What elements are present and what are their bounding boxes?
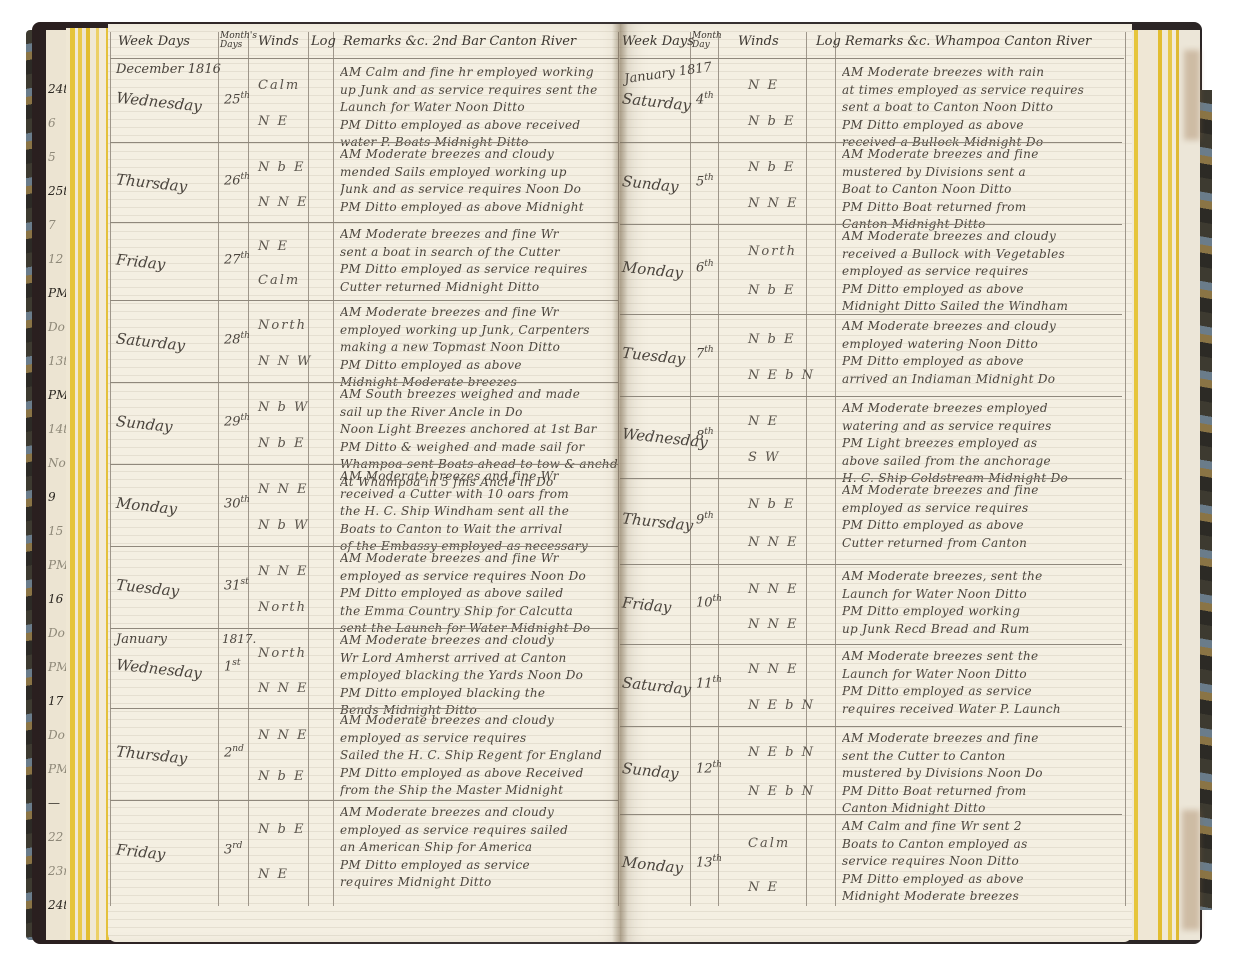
- remarks-line: employed as service requires: [340, 730, 618, 748]
- wind-am: N N E: [258, 482, 309, 497]
- wind-pm: N b E: [258, 769, 305, 784]
- week-day: Friday: [115, 840, 166, 863]
- remarks-line: Boats to Canton employed as: [842, 836, 1124, 854]
- remarks-line: AM Moderate breezes and cloudy: [842, 228, 1124, 246]
- wind-am: N b E: [748, 497, 795, 512]
- wind-am: N b E: [258, 160, 305, 175]
- entry-divider: [620, 564, 1122, 565]
- month-day-number: 10: [696, 595, 713, 610]
- month-day-suffix: rd: [232, 841, 242, 851]
- week-day: Tuesday: [621, 344, 686, 369]
- month-day: 12th: [696, 760, 722, 776]
- week-day: Saturday: [621, 673, 692, 698]
- remarks-line: employed working up Junk, Carpenters: [340, 322, 618, 340]
- remarks-line: PM Ditto & weighed and made sail for: [340, 439, 618, 457]
- remarks-line: Noon Light Breezes anchored at 1st Bar: [340, 421, 618, 439]
- wind-am: N N E: [748, 582, 799, 597]
- remarks-line: sail up the River Ancle in Do: [340, 404, 618, 422]
- month-day-suffix: th: [241, 495, 250, 505]
- month-day-number: 26: [224, 173, 241, 188]
- month-day: 3rd: [224, 841, 242, 857]
- remarks-line: AM Moderate breezes and fine Wr: [340, 304, 618, 322]
- remarks-line: Midnight Ditto Sailed the Windham: [842, 298, 1124, 316]
- month-day-suffix: th: [704, 173, 713, 183]
- month-day: 11th: [696, 675, 722, 691]
- remarks-line: employed as service requires: [842, 263, 1124, 281]
- remarks-line: Sailed the H. C. Ship Regent for England: [340, 747, 618, 765]
- header-winds: Winds: [738, 34, 779, 49]
- wind-pm: N b E: [748, 114, 795, 129]
- wind-am: Calm: [258, 78, 300, 93]
- week-day: Monday: [621, 258, 684, 282]
- month-day: 6th: [696, 259, 714, 275]
- wind-pm: N N E: [258, 681, 309, 696]
- wind-pm: N E: [258, 867, 289, 882]
- month-day-suffix: th: [704, 427, 713, 437]
- entry-divider: [110, 222, 618, 223]
- header-week-days: Week Days: [118, 34, 190, 49]
- month-day-suffix: th: [241, 251, 250, 261]
- remarks-line: PM Ditto employed as above: [842, 353, 1124, 371]
- remarks-entry: AM Calm and fine Wr sent 2Boats to Canto…: [842, 818, 1124, 906]
- wind-pm: N b E: [748, 283, 795, 298]
- month-day-number: 29: [224, 414, 241, 429]
- month-day: 25th: [224, 91, 250, 107]
- remarks-entry: AM Moderate breezes and finesent the Cut…: [842, 730, 1124, 818]
- month-day-suffix: st: [232, 658, 240, 668]
- remarks-line: PM Ditto employed as above: [842, 281, 1124, 299]
- remarks-line: sent a boat to Canton Noon Ditto: [842, 99, 1124, 117]
- remarks-line: Junk and as service requires Noon Do: [340, 181, 618, 199]
- wind-pm: N N E: [748, 196, 799, 211]
- remarks-entry: AM Moderate breezes and cloudyemployed a…: [340, 804, 618, 892]
- header-log: Log: [311, 34, 336, 49]
- remarks-line: Cutter returned from Canton: [842, 535, 1124, 553]
- remarks-line: Launch for Water Noon Ditto: [842, 586, 1124, 604]
- page-edges-left: [66, 28, 112, 940]
- month-day-number: 13: [696, 855, 713, 870]
- wind-am: N E: [748, 414, 779, 429]
- entry-divider: [620, 224, 1122, 225]
- remarks-line: employed blacking the Yards Noon Do: [340, 667, 618, 685]
- week-day: Friday: [115, 250, 166, 273]
- remarks-line: AM Moderate breezes and fine: [842, 730, 1124, 748]
- remarks-line: AM Moderate breezes and cloudy: [340, 632, 618, 650]
- month-day-number: 31: [224, 578, 241, 593]
- entry-divider: [620, 314, 1122, 315]
- wind-pm: S W: [748, 450, 780, 465]
- wind-am: N b E: [258, 822, 305, 837]
- remarks-entry: AM Moderate breezes and cloudymended Sai…: [340, 146, 618, 216]
- remarks-line: AM Moderate breezes employed: [842, 400, 1124, 418]
- header-remarks: Remarks &c. 2nd Bar Canton River: [343, 34, 576, 49]
- remarks-line: service requires Noon Ditto: [842, 853, 1124, 871]
- month-day-suffix: th: [704, 259, 713, 269]
- month-day: 8th: [696, 427, 714, 443]
- entry-divider: [110, 464, 618, 465]
- remarks-line: AM Moderate breezes and fine Wr: [340, 226, 618, 244]
- remarks-line: AM Calm and fine hr employed working: [340, 64, 618, 82]
- entry-divider: [620, 726, 1122, 727]
- margin-note: Do: [48, 728, 65, 742]
- remarks-line: AM Moderate breezes and fine Wr: [340, 550, 618, 568]
- wind-pm: N E: [748, 880, 779, 895]
- remarks-entry: AM Moderate breezes and fine Wrsent a bo…: [340, 226, 618, 296]
- wind-pm: N N E: [258, 195, 309, 210]
- month-label: January 1817: [623, 60, 712, 87]
- remarks-line: the Emma Country Ship for Calcutta: [340, 603, 618, 621]
- week-day: Tuesday: [115, 576, 180, 601]
- month-day-number: 25: [224, 92, 241, 107]
- remarks-line: up Junk Recd Bread and Rum: [842, 621, 1124, 639]
- remarks-line: AM Moderate breezes and fine Wr: [340, 468, 618, 486]
- month-day-suffix: th: [713, 594, 722, 604]
- month-day-suffix: th: [241, 91, 250, 101]
- month-day: 2nd: [224, 744, 244, 760]
- remarks-line: Boat to Canton Noon Ditto: [842, 181, 1124, 199]
- remarks-line: Midnight Moderate breezes: [842, 888, 1124, 906]
- remarks-line: PM Ditto employed as service: [340, 857, 618, 875]
- week-day: Saturday: [621, 89, 692, 114]
- remarks-line: AM Moderate breezes and cloudy: [340, 804, 618, 822]
- remarks-line: employed as service requires Noon Do: [340, 568, 618, 586]
- january-label: January: [116, 632, 167, 647]
- header-winds: Winds: [258, 34, 299, 49]
- month-day-suffix: st: [241, 577, 249, 587]
- remarks-line: the H. C. Ship Windham sent all the: [340, 503, 618, 521]
- remarks-line: AM Moderate breezes and cloudy: [842, 318, 1124, 336]
- remarks-line: PM Ditto employed as above: [842, 517, 1124, 535]
- week-day: Sunday: [115, 412, 173, 436]
- wind-pm: N N E: [748, 535, 799, 550]
- remarks-entry: AM Calm and fine hr employed workingup J…: [340, 64, 618, 152]
- remarks-line: an American Ship for America: [340, 839, 618, 857]
- left-page: Week Days Month's Days Winds Log Remarks…: [108, 24, 628, 942]
- remarks-entry: AM Moderate breezes and fine Wremployed …: [340, 304, 618, 392]
- margin-note: —: [48, 796, 60, 810]
- wind-am: N b W: [258, 400, 309, 415]
- january-year: 1817.: [222, 632, 256, 646]
- wind-pm: N E b N: [748, 698, 815, 713]
- month-day-suffix: th: [241, 331, 250, 341]
- wind-pm: N N W: [258, 354, 312, 369]
- remarks-entry: AM Moderate breezes sent theLaunch for W…: [842, 648, 1124, 718]
- remarks-line: AM South breezes weighed and made: [340, 386, 618, 404]
- remarks-line: PM Ditto employed as service requires: [340, 261, 618, 279]
- remarks-entry: AM Moderate breezes and fine Wrreceived …: [340, 468, 618, 556]
- remarks-line: AM Moderate breezes with rain: [842, 64, 1124, 82]
- month-day: 28th: [224, 331, 250, 347]
- remarks-line: from the Ship the Master Midnight: [340, 782, 618, 800]
- wind-am: North: [258, 646, 307, 661]
- entry-divider: [110, 628, 618, 629]
- remarks-entry: AM Moderate breezes and cloudyemployed a…: [340, 712, 618, 800]
- remarks-line: Wr Lord Amherst arrived at Canton: [340, 650, 618, 668]
- month-day: 7th: [696, 345, 714, 361]
- remarks-entry: AM Moderate breezes and fine Wremployed …: [340, 550, 618, 638]
- week-day: Sunday: [621, 759, 679, 783]
- month-day-number: 27: [224, 252, 241, 267]
- month-day: 1st: [224, 658, 241, 674]
- book-gutter: [612, 24, 628, 942]
- week-day: Sunday: [621, 172, 679, 196]
- remarks-line: Cutter returned Midnight Ditto: [340, 279, 618, 297]
- month-day: 4th: [696, 91, 714, 107]
- wind-am: N N E: [258, 564, 309, 579]
- remarks-line: PM Ditto employed as above received: [340, 117, 618, 135]
- remarks-line: PM Ditto employed working: [842, 603, 1124, 621]
- month-day: 9th: [696, 511, 714, 527]
- remarks-line: PM Ditto employed as above: [842, 871, 1124, 889]
- remarks-line: requires Midnight Ditto: [340, 874, 618, 892]
- month-day: 26th: [224, 172, 250, 188]
- margin-note: Do: [48, 626, 65, 640]
- month-day-suffix: th: [713, 760, 722, 770]
- month-day-number: 12: [696, 761, 713, 776]
- week-day: Thursday: [115, 170, 188, 195]
- remarks-line: PM Ditto employed as service: [842, 683, 1124, 701]
- month-day-suffix: th: [713, 675, 722, 685]
- entry-divider: [110, 708, 618, 709]
- week-day: Monday: [621, 853, 684, 877]
- wind-am: North: [258, 318, 307, 333]
- wind-am: N N E: [258, 728, 309, 743]
- month-day-suffix: th: [704, 91, 713, 101]
- wind-am: N E b N: [748, 745, 815, 760]
- wind-pm: North: [258, 600, 307, 615]
- month-day-suffix: th: [704, 345, 713, 355]
- remarks-line: received a Bullock with Vegetables: [842, 246, 1124, 264]
- remarks-line: PM Light breezes employed as: [842, 435, 1124, 453]
- header-log: Log: [816, 34, 841, 49]
- remarks-line: Launch for Water Noon Ditto: [842, 666, 1124, 684]
- entry-divider: [620, 142, 1122, 143]
- remarks-line: employed as service requires sailed: [340, 822, 618, 840]
- remarks-line: PM Ditto employed as above sailed: [340, 585, 618, 603]
- month-day-number: 28: [224, 332, 241, 347]
- remarks-line: PM Ditto employed as above: [842, 117, 1124, 135]
- entry-divider: [620, 814, 1122, 815]
- entry-divider: [620, 644, 1122, 645]
- remarks-line: PM Ditto Boat returned from: [842, 199, 1124, 217]
- entry-divider: [620, 478, 1122, 479]
- month-day-number: 30: [224, 496, 241, 511]
- remarks-line: AM Moderate breezes, sent the: [842, 568, 1124, 586]
- remarks-line: AM Moderate breezes and fine: [842, 146, 1124, 164]
- remarks-entry: AM Moderate breezes with rainat times em…: [842, 64, 1124, 152]
- remarks-line: employed as service requires: [842, 500, 1124, 518]
- month-day: 10th: [696, 594, 722, 610]
- month-day: 30th: [224, 495, 250, 511]
- header-remarks: Remarks &c. Whampoa Canton River: [845, 34, 1091, 49]
- wind-am: N E: [258, 239, 289, 254]
- remarks-line: PM Ditto employed blacking the: [340, 685, 618, 703]
- month-day-number: 11: [696, 676, 713, 691]
- remarks-line: requires received Water P. Launch: [842, 701, 1124, 719]
- header-week-days: Week Days: [622, 34, 694, 49]
- page-edges-right: [1128, 30, 1200, 940]
- week-day: Saturday: [115, 329, 186, 354]
- wind-pm: N b E: [258, 436, 305, 451]
- remarks-line: PM Ditto Boat returned from: [842, 783, 1124, 801]
- remarks-line: AM Moderate breezes and fine: [842, 482, 1124, 500]
- remarks-line: PM Ditto employed as above Midnight: [340, 199, 618, 217]
- remarks-line: mended Sails employed working up: [340, 164, 618, 182]
- month-day: 29th: [224, 413, 250, 429]
- month-day: 31st: [224, 577, 249, 593]
- month-day: 27th: [224, 251, 250, 267]
- week-day: Thursday: [115, 742, 188, 767]
- right-page: Week Days Month Day Winds Log Remarks &c…: [620, 24, 1132, 942]
- remarks-line: sent a boat in search of the Cutter: [340, 244, 618, 262]
- wind-am: N b E: [748, 160, 795, 175]
- wind-am: N b E: [748, 332, 795, 347]
- remarks-line: mustered by Divisions Noon Do: [842, 765, 1124, 783]
- remarks-entry: AM Moderate breezes employedwatering and…: [842, 400, 1124, 488]
- margin-note: 7: [48, 218, 56, 232]
- wind-am: North: [748, 244, 797, 259]
- remarks-entry: AM Moderate breezes and finemustered by …: [842, 146, 1124, 234]
- remarks-entry: AM Moderate breezes and cloudyemployed w…: [842, 318, 1124, 388]
- week-day: Thursday: [621, 509, 694, 534]
- month-day: 13th: [696, 854, 722, 870]
- remarks-entry: AM Moderate breezes and fineemployed as …: [842, 482, 1124, 552]
- remarks-line: PM Ditto employed as above Received: [340, 765, 618, 783]
- margin-note: Do: [48, 320, 65, 334]
- month-day: 5th: [696, 173, 714, 189]
- remarks-line: Boats to Canton to Wait the arrival: [340, 521, 618, 539]
- remarks-line: PM Ditto employed as above: [340, 357, 618, 375]
- wind-am: N E: [748, 78, 779, 93]
- entry-divider: [110, 382, 618, 383]
- remarks-entry: AM Moderate breezes and cloudyreceived a…: [842, 228, 1124, 316]
- remarks-line: making a new Topmast Noon Ditto: [340, 339, 618, 357]
- margin-note: 6: [48, 116, 56, 130]
- remarks-line: above sailed from the anchorage: [842, 453, 1124, 471]
- remarks-line: mustered by Divisions sent a: [842, 164, 1124, 182]
- remarks-line: sent the Cutter to Canton: [842, 748, 1124, 766]
- wind-pm: N N E: [748, 617, 799, 632]
- month-day-suffix: th: [704, 511, 713, 521]
- month-day-suffix: th: [241, 413, 250, 423]
- month-label: December 1816: [116, 62, 221, 77]
- marbled-cover-right: [1200, 90, 1212, 910]
- wind-pm: N E b N: [748, 784, 815, 799]
- margin-note: 9: [48, 490, 56, 504]
- entry-divider: [110, 142, 618, 143]
- remarks-line: watering and as service requires: [842, 418, 1124, 436]
- remarks-entry: AM Moderate breezes, sent theLaunch for …: [842, 568, 1124, 638]
- wind-am: Calm: [748, 836, 790, 851]
- entry-divider: [110, 800, 618, 801]
- wind-pm: Calm: [258, 273, 300, 288]
- remarks-line: received a Cutter with 10 oars from: [340, 486, 618, 504]
- header-month-days: Month's Days: [220, 32, 248, 50]
- wind-pm: N b W: [258, 518, 309, 533]
- entry-divider: [620, 396, 1122, 397]
- week-day: Monday: [115, 494, 178, 518]
- remarks-entry: AM Moderate breezes and cloudyWr Lord Am…: [340, 632, 618, 720]
- remarks-line: AM Moderate breezes and cloudy: [340, 712, 618, 730]
- remarks-line: up Junk and as service requires sent the: [340, 82, 618, 100]
- remarks-line: Launch for Water Noon Ditto: [340, 99, 618, 117]
- remarks-line: arrived an Indiaman Midnight Do: [842, 371, 1124, 389]
- header-month-day: Month Day: [692, 32, 718, 50]
- margin-note: 5: [48, 150, 56, 164]
- remarks-line: employed watering Noon Ditto: [842, 336, 1124, 354]
- entry-divider: [110, 546, 618, 547]
- month-day-suffix: nd: [232, 744, 244, 754]
- remarks-line: AM Moderate breezes sent the: [842, 648, 1124, 666]
- week-day: Wednesday: [115, 89, 202, 116]
- month-day-suffix: th: [713, 854, 722, 864]
- month-day-suffix: th: [241, 172, 250, 182]
- wind-pm: N E b N: [748, 368, 815, 383]
- remarks-line: AM Calm and fine Wr sent 2: [842, 818, 1124, 836]
- week-day: Friday: [621, 593, 672, 616]
- remarks-line: AM Moderate breezes and cloudy: [340, 146, 618, 164]
- week-day: Wednesday: [115, 656, 202, 683]
- entry-divider: [110, 300, 618, 301]
- remarks-line: at times employed as service requires: [842, 82, 1124, 100]
- wind-pm: N E: [258, 114, 289, 129]
- wind-am: N N E: [748, 662, 799, 677]
